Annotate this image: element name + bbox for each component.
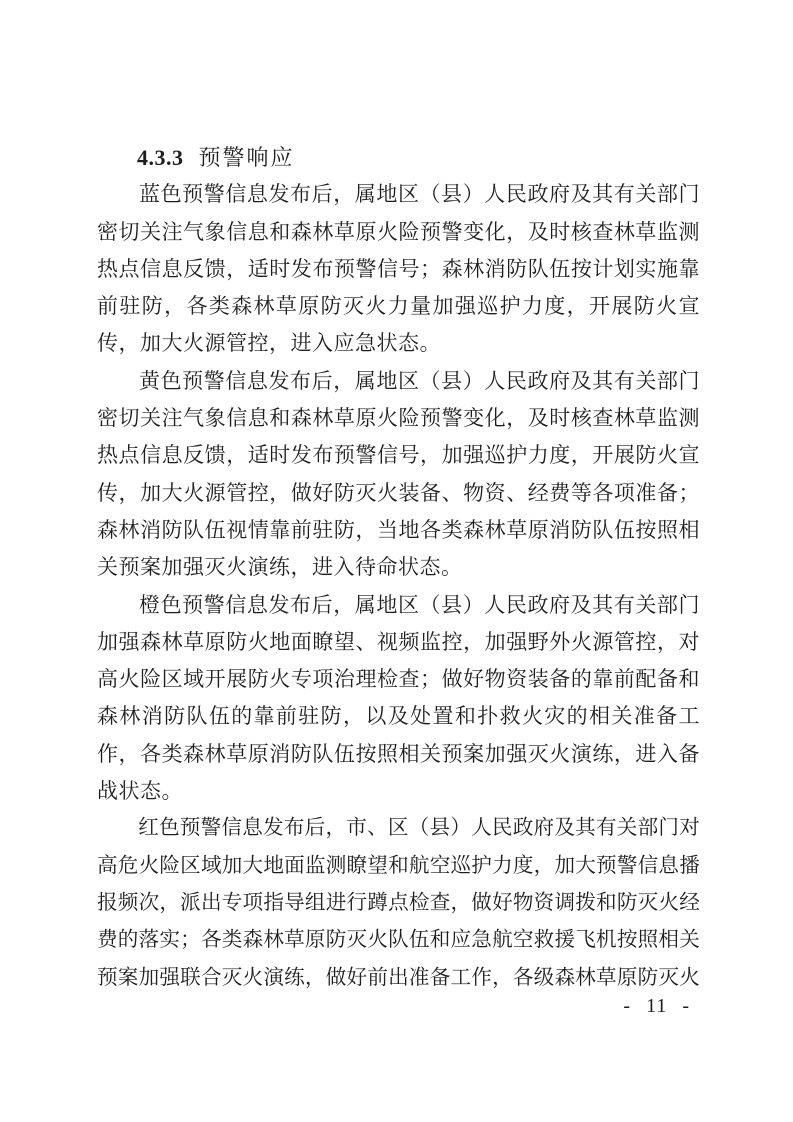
page-number: - 11 - — [623, 995, 690, 1018]
paragraph-red-warning-response: 红色预警信息发布后，市、区（县）人民政府及其有关部门对高危火险区域加大地面监测瞭… — [97, 810, 700, 996]
section-heading: 4.3.3预警响应 — [97, 139, 700, 176]
paragraph-yellow-warning-response: 黄色预警信息发布后，属地区（县）人民政府及其有关部门密切关注气象信息和森林草原火… — [97, 363, 700, 587]
document-page: 4.3.3预警响应 蓝色预警信息发布后，属地区（县）人民政府及其有关部门密切关注… — [0, 0, 793, 1122]
section-title: 预警响应 — [199, 145, 295, 170]
section-number: 4.3.3 — [137, 145, 184, 170]
paragraph-blue-warning-response: 蓝色预警信息发布后，属地区（县）人民政府及其有关部门密切关注气象信息和森林草原火… — [97, 176, 700, 362]
paragraph-orange-warning-response: 橙色预警信息发布后，属地区（县）人民政府及其有关部门加强森林草原防火地面瞭望、视… — [97, 587, 700, 811]
